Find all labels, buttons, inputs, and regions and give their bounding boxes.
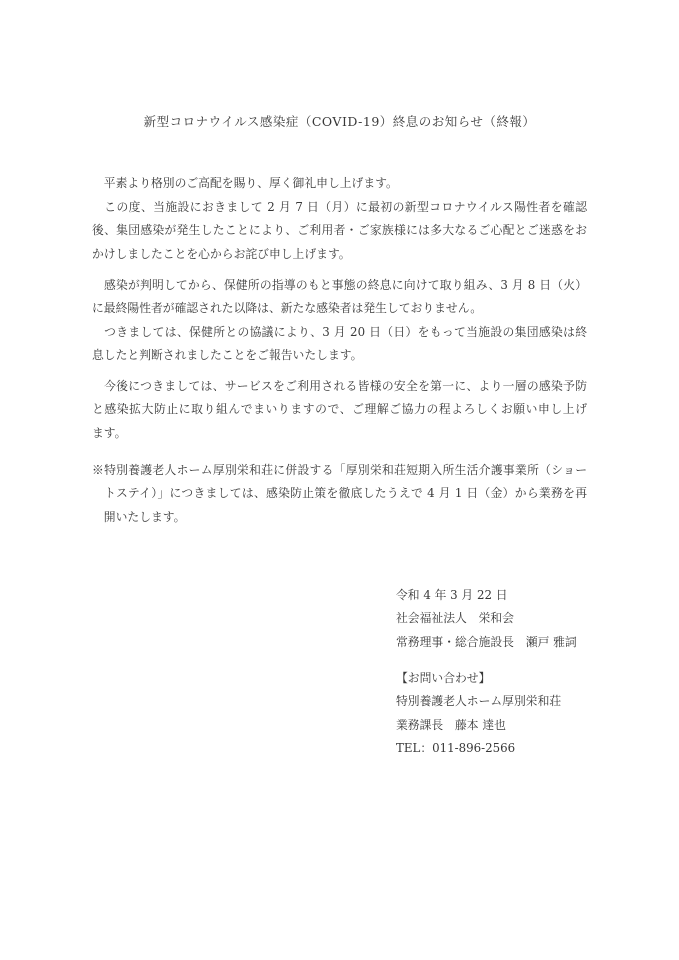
paragraph-apology: この度、当施設におきまして 2 月 7 日（月）に最初の新型コロナウイルス陽性者…	[92, 196, 587, 266]
text-line: 令和 4 年 3 月 22 日	[396, 584, 656, 607]
text-line: 業務課長 藤本 達也	[396, 714, 656, 737]
text-line: かけしましたことを心からお詫び申し上げます。	[92, 243, 587, 266]
text-line: つきましては、保健所との協議により、3 月 20 日（日）をもって当施設の集団感…	[92, 321, 587, 344]
text-line: と感染拡大防止に取り組んでまいりますので、ご理解ご協力の程よろしくお願い申し上げ	[92, 398, 587, 421]
paragraph-end-decision: つきましては、保健所との協議により、3 月 20 日（日）をもって当施設の集団感…	[92, 321, 587, 368]
text-line: 開いたします。	[92, 506, 587, 529]
text-line: 感染が判明してから、保健所の指導のもと事態の終息に向けて取り組み、3 月 8 日…	[92, 274, 587, 297]
paragraph-future-measures: 今後につきましては、サービスをご利用される皆様の安全を第一に、より一層の感染予防…	[92, 375, 587, 445]
text-line: 特別養護老人ホーム厚別栄和荘	[396, 690, 656, 713]
text-line: に最終陽性者が確認された以降は、新たな感染者は発生しておりません。	[92, 297, 587, 320]
text-line: 後、集団感染が発生したことにより、ご利用者・ご家族様には多大なるご心配とご迷惑を…	[92, 219, 587, 242]
text-line: 息したと判断されましたことをご報告いたします。	[92, 344, 587, 367]
text-line: この度、当施設におきまして 2 月 7 日（月）に最初の新型コロナウイルス陽性者…	[92, 196, 587, 219]
text-line: ※特別養護老人ホーム厚別栄和荘に併設する「厚別栄和荘短期入所生活介護事業所（ショ…	[92, 459, 587, 482]
text-line: 【お問い合わせ】	[396, 667, 656, 690]
signature-block: 令和 4 年 3 月 22 日社会福祉法人 栄和会常務理事・総合施設長 瀬戸 雅…	[396, 584, 656, 654]
document-page: 新型コロナウイルス感染症（COVID-19）終息のお知らせ（終報） 平素より格別…	[0, 0, 679, 960]
paragraph-greeting: 平素より格別のご高配を賜り、厚く御礼申し上げます。	[92, 172, 587, 195]
document-title: 新型コロナウイルス感染症（COVID-19）終息のお知らせ（終報）	[0, 110, 679, 133]
text-line: 常務理事・総合施設長 瀬戸 雅詞	[396, 631, 656, 654]
paragraph-infection-status: 感染が判明してから、保健所の指導のもと事態の終息に向けて取り組み、3 月 8 日…	[92, 274, 587, 321]
text-line: 今後につきましては、サービスをご利用される皆様の安全を第一に、より一層の感染予防	[92, 375, 587, 398]
text-line: ます。	[92, 422, 587, 445]
text-line: 平素より格別のご高配を賜り、厚く御礼申し上げます。	[92, 172, 587, 195]
contact-block: 【お問い合わせ】特別養護老人ホーム厚別栄和荘業務課長 藤本 達也TEL：011-…	[396, 667, 656, 761]
text-line: 社会福祉法人 栄和会	[396, 607, 656, 630]
text-line: TEL：011-896-2566	[396, 737, 656, 760]
text-line: トステイ）」につきましては、感染防止策を徹底したうえで 4 月 1 日（金）から…	[92, 482, 587, 505]
paragraph-shortstay-note: ※特別養護老人ホーム厚別栄和荘に併設する「厚別栄和荘短期入所生活介護事業所（ショ…	[92, 459, 587, 529]
